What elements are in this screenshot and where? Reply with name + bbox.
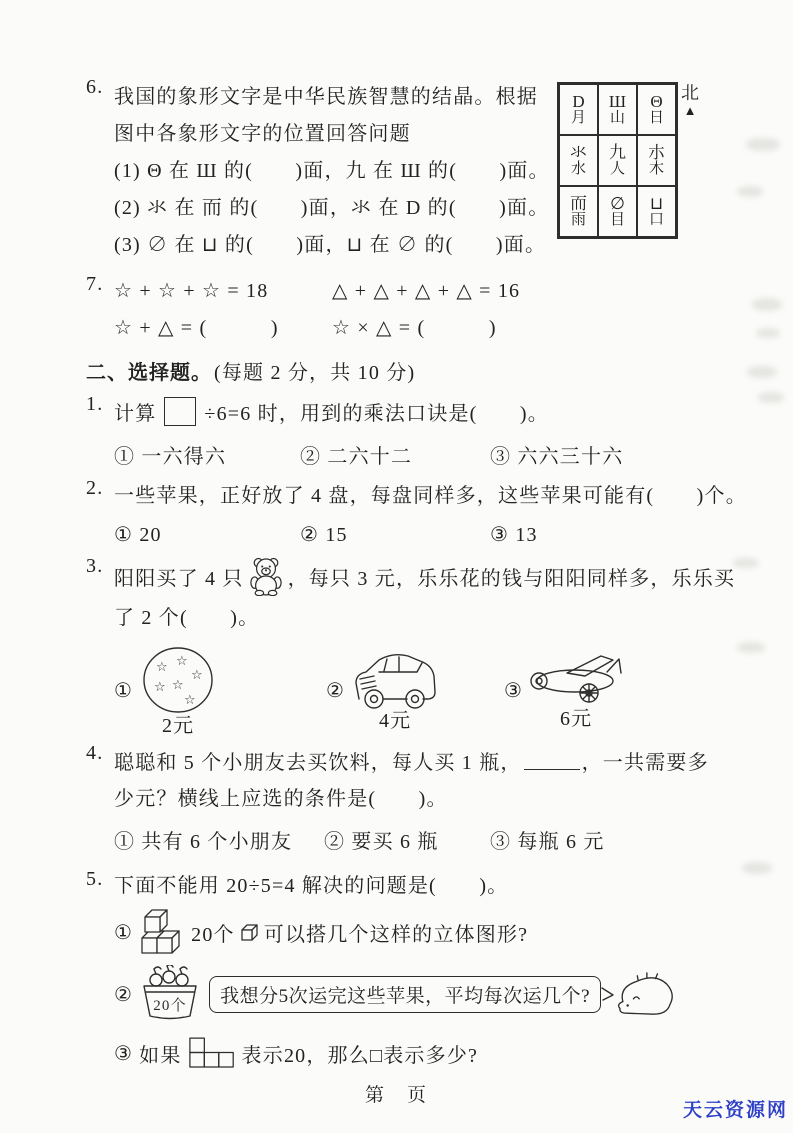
choice-1-text-pre: 计算 xyxy=(114,397,156,426)
choice-5-option-3: ③ 如果 表示20，那么□表示多少? xyxy=(114,1034,758,1072)
question-6-sub1: (1) Θ 在 Ш 的( )面，九 在 Ш 的( )面。 xyxy=(114,150,758,187)
toy-option-plane: ③ xyxy=(504,651,623,729)
toy-option-car: ② xyxy=(326,649,504,731)
choice-3-picture-options: ① ☆☆ ☆☆ ☆☆ 2元 ② xyxy=(114,642,758,738)
option-marker: ③ xyxy=(504,678,523,703)
choice-5-option-1: ① 20个 xyxy=(114,908,758,956)
choice-3-number: 3. xyxy=(86,555,114,578)
question-6-text-line1: 我国的象形文字是中华民族智慧的结晶。根据 xyxy=(114,76,758,113)
star-ball-icon: ☆☆ ☆☆ ☆☆ xyxy=(139,644,217,716)
small-cube-icon xyxy=(240,923,259,942)
condition-blank xyxy=(524,751,580,770)
choice-question-4: 4. 聪聪和 5 个小朋友去买饮料，每人买 1 瓶， ，一共需要多 少元？横线上… xyxy=(86,742,758,854)
choice-5-option-1-text: 可以搭几个这样的立体图形? xyxy=(264,918,528,947)
question-6-sub3: (3) ∅ 在 ⊔ 的( )面，⊔ 在 ∅ 的( )面。 xyxy=(114,224,758,261)
toy-price: 2元 xyxy=(162,716,194,736)
toy-price: 6元 xyxy=(560,709,592,729)
speech-bubble: 我想分5次运完这些苹果，平均每次运几个? xyxy=(209,976,601,1013)
bleed-through-mark xyxy=(747,366,777,378)
bleed-through-mark xyxy=(758,392,784,403)
section-2-title: 二、选择题。 xyxy=(86,356,212,385)
choice-4-text-line2: 少元？横线上应选的条件是( )。 xyxy=(114,778,758,814)
toy-plane-icon xyxy=(529,651,623,709)
choice-1-option-3: ③ 六六三十六 xyxy=(490,440,623,469)
choice-5-option-3-post: 表示20，那么□表示多少? xyxy=(242,1039,479,1068)
equation-star-times-triangle: ☆ × △ = ( ) xyxy=(332,311,497,340)
svg-text:☆: ☆ xyxy=(184,693,196,708)
bleed-through-mark xyxy=(733,558,759,568)
choice-4-option-2: ② 要买 6 瓶 xyxy=(324,825,490,854)
option-marker: ① xyxy=(114,678,133,703)
bleed-through-mark xyxy=(752,298,782,311)
cube-stack-icon xyxy=(139,909,183,955)
question-7: 7. ☆ + ☆ + ☆ = 18 △ + △ + △ + △ = 16 ☆ +… xyxy=(86,273,758,343)
worksheet-page: D月 Ш山 Θ日 氺水 九人 朩木 而雨 ∅目 ⊔口 北 ▲ 6. 我国的象形文… xyxy=(0,0,793,1133)
bleed-through-mark xyxy=(746,138,780,151)
equation-star-plus-triangle: ☆ + △ = ( ) xyxy=(114,311,332,340)
svg-text:☆: ☆ xyxy=(191,668,203,683)
choice-1-text-post: ÷6=6 时，用到的乘法口诀是( )。 xyxy=(204,397,549,426)
question-6: 6. 我国的象形文字是中华民族智慧的结晶。根据 图中各象形文字的位置回答问题 (… xyxy=(86,76,758,261)
svg-text:☆: ☆ xyxy=(176,654,188,669)
choice-4-number: 4. xyxy=(86,742,114,765)
hedgehog-icon xyxy=(615,970,673,1018)
page-number-label: 第 页 xyxy=(0,1080,793,1107)
basket-count-label: 20个 xyxy=(153,997,187,1014)
choice-2-option-1: ① 20 xyxy=(114,522,300,547)
choice-1-option-2: ② 二六十二 xyxy=(300,440,490,469)
bleed-through-mark xyxy=(737,186,763,197)
choice-question-2: 2. 一些苹果，正好放了 4 盘，每盘同样多，这些苹果可能有( )个。 ① 20… xyxy=(86,477,758,549)
apple-basket-icon: 20个 xyxy=(139,965,201,1023)
choice-2-option-2: ② 15 xyxy=(300,522,490,547)
toy-car-icon xyxy=(351,649,439,711)
cube-count-label: 20个 xyxy=(191,918,235,947)
section-2-points: (每题 2 分，共 10 分) xyxy=(214,356,415,385)
question-6-sub2: (2) 氺 在 而 的( )面，氺 在 D 的( )面。 xyxy=(114,187,758,224)
choice-4-text-line1b: ，一共需要多 xyxy=(582,746,709,775)
svg-text:☆: ☆ xyxy=(172,678,184,693)
choice-question-3: 3. 阳阳买了 4 只 xyxy=(86,555,758,738)
choice-question-5: 5. 下面不能用 20÷5=4 解决的问题是( )。 ① xyxy=(86,868,758,1072)
option-marker: ② xyxy=(326,678,345,703)
teddy-bear-icon xyxy=(249,556,283,596)
choice-4-option-1: ① 共有 6 个小朋友 xyxy=(114,825,324,854)
bleed-through-mark xyxy=(737,642,765,653)
choice-2-number: 2. xyxy=(86,477,114,500)
toy-option-ball: ① ☆☆ ☆☆ ☆☆ 2元 xyxy=(114,644,326,736)
question-7-number: 7. xyxy=(86,273,114,296)
choice-2-text: 一些苹果，正好放了 4 盘，每盘同样多，这些苹果可能有( )个。 xyxy=(114,477,758,509)
option-marker: ③ xyxy=(114,1041,133,1066)
choice-1-option-1: ① 一六得六 xyxy=(114,440,300,469)
choice-5-option-2: ② 20个 我想分5次运完这些苹果，平均每次运几个? xyxy=(114,964,758,1024)
option-marker: ① xyxy=(114,920,133,945)
choice-3-text-line2: 了 2 个( )。 xyxy=(114,597,758,634)
choice-5-option-3-pre: 如果 xyxy=(139,1039,181,1068)
bleed-through-mark xyxy=(742,862,772,874)
question-6-text-line2: 图中各象形文字的位置回答问题 xyxy=(114,113,758,150)
choice-3-text-pre: 阳阳买了 4 只 xyxy=(114,562,244,591)
choice-question-1: 1. 计算 ÷6=6 时，用到的乘法口诀是( )。 ① 一六得六 ② 二六十二 … xyxy=(86,393,758,469)
svg-text:☆: ☆ xyxy=(156,660,168,675)
speech-bubble-tail xyxy=(601,985,615,1003)
question-6-number: 6. xyxy=(86,76,114,99)
choice-4-option-3: ③ 每瓶 6 元 xyxy=(490,825,605,854)
equation-triangles: △ + △ + △ + △ = 16 xyxy=(332,278,520,303)
bleed-through-mark xyxy=(756,328,780,338)
choice-5-number: 5. xyxy=(86,868,114,891)
option-marker: ② xyxy=(114,982,133,1007)
toy-price: 4元 xyxy=(379,711,411,731)
choice-2-option-3: ③ 13 xyxy=(490,522,538,547)
choice-3-text-post: ，每只 3 元，乐乐花的钱与阳阳同样多，乐乐买 xyxy=(288,562,736,591)
svg-text:☆: ☆ xyxy=(154,680,166,695)
square-shape-icon xyxy=(189,1037,235,1069)
choice-4-text-line1a: 聪聪和 5 个小朋友去买饮料，每人买 1 瓶， xyxy=(114,746,522,775)
equation-stars: ☆ + ☆ + ☆ = 18 xyxy=(114,278,332,303)
section-2-header: 二、选择题。 (每题 2 分，共 10 分) xyxy=(86,353,758,387)
choice-1-number: 1. xyxy=(86,393,114,416)
answer-box xyxy=(164,397,196,426)
choice-5-text: 下面不能用 20÷5=4 解决的问题是( )。 xyxy=(114,868,758,898)
watermark: 天云资源网 xyxy=(683,1095,788,1122)
